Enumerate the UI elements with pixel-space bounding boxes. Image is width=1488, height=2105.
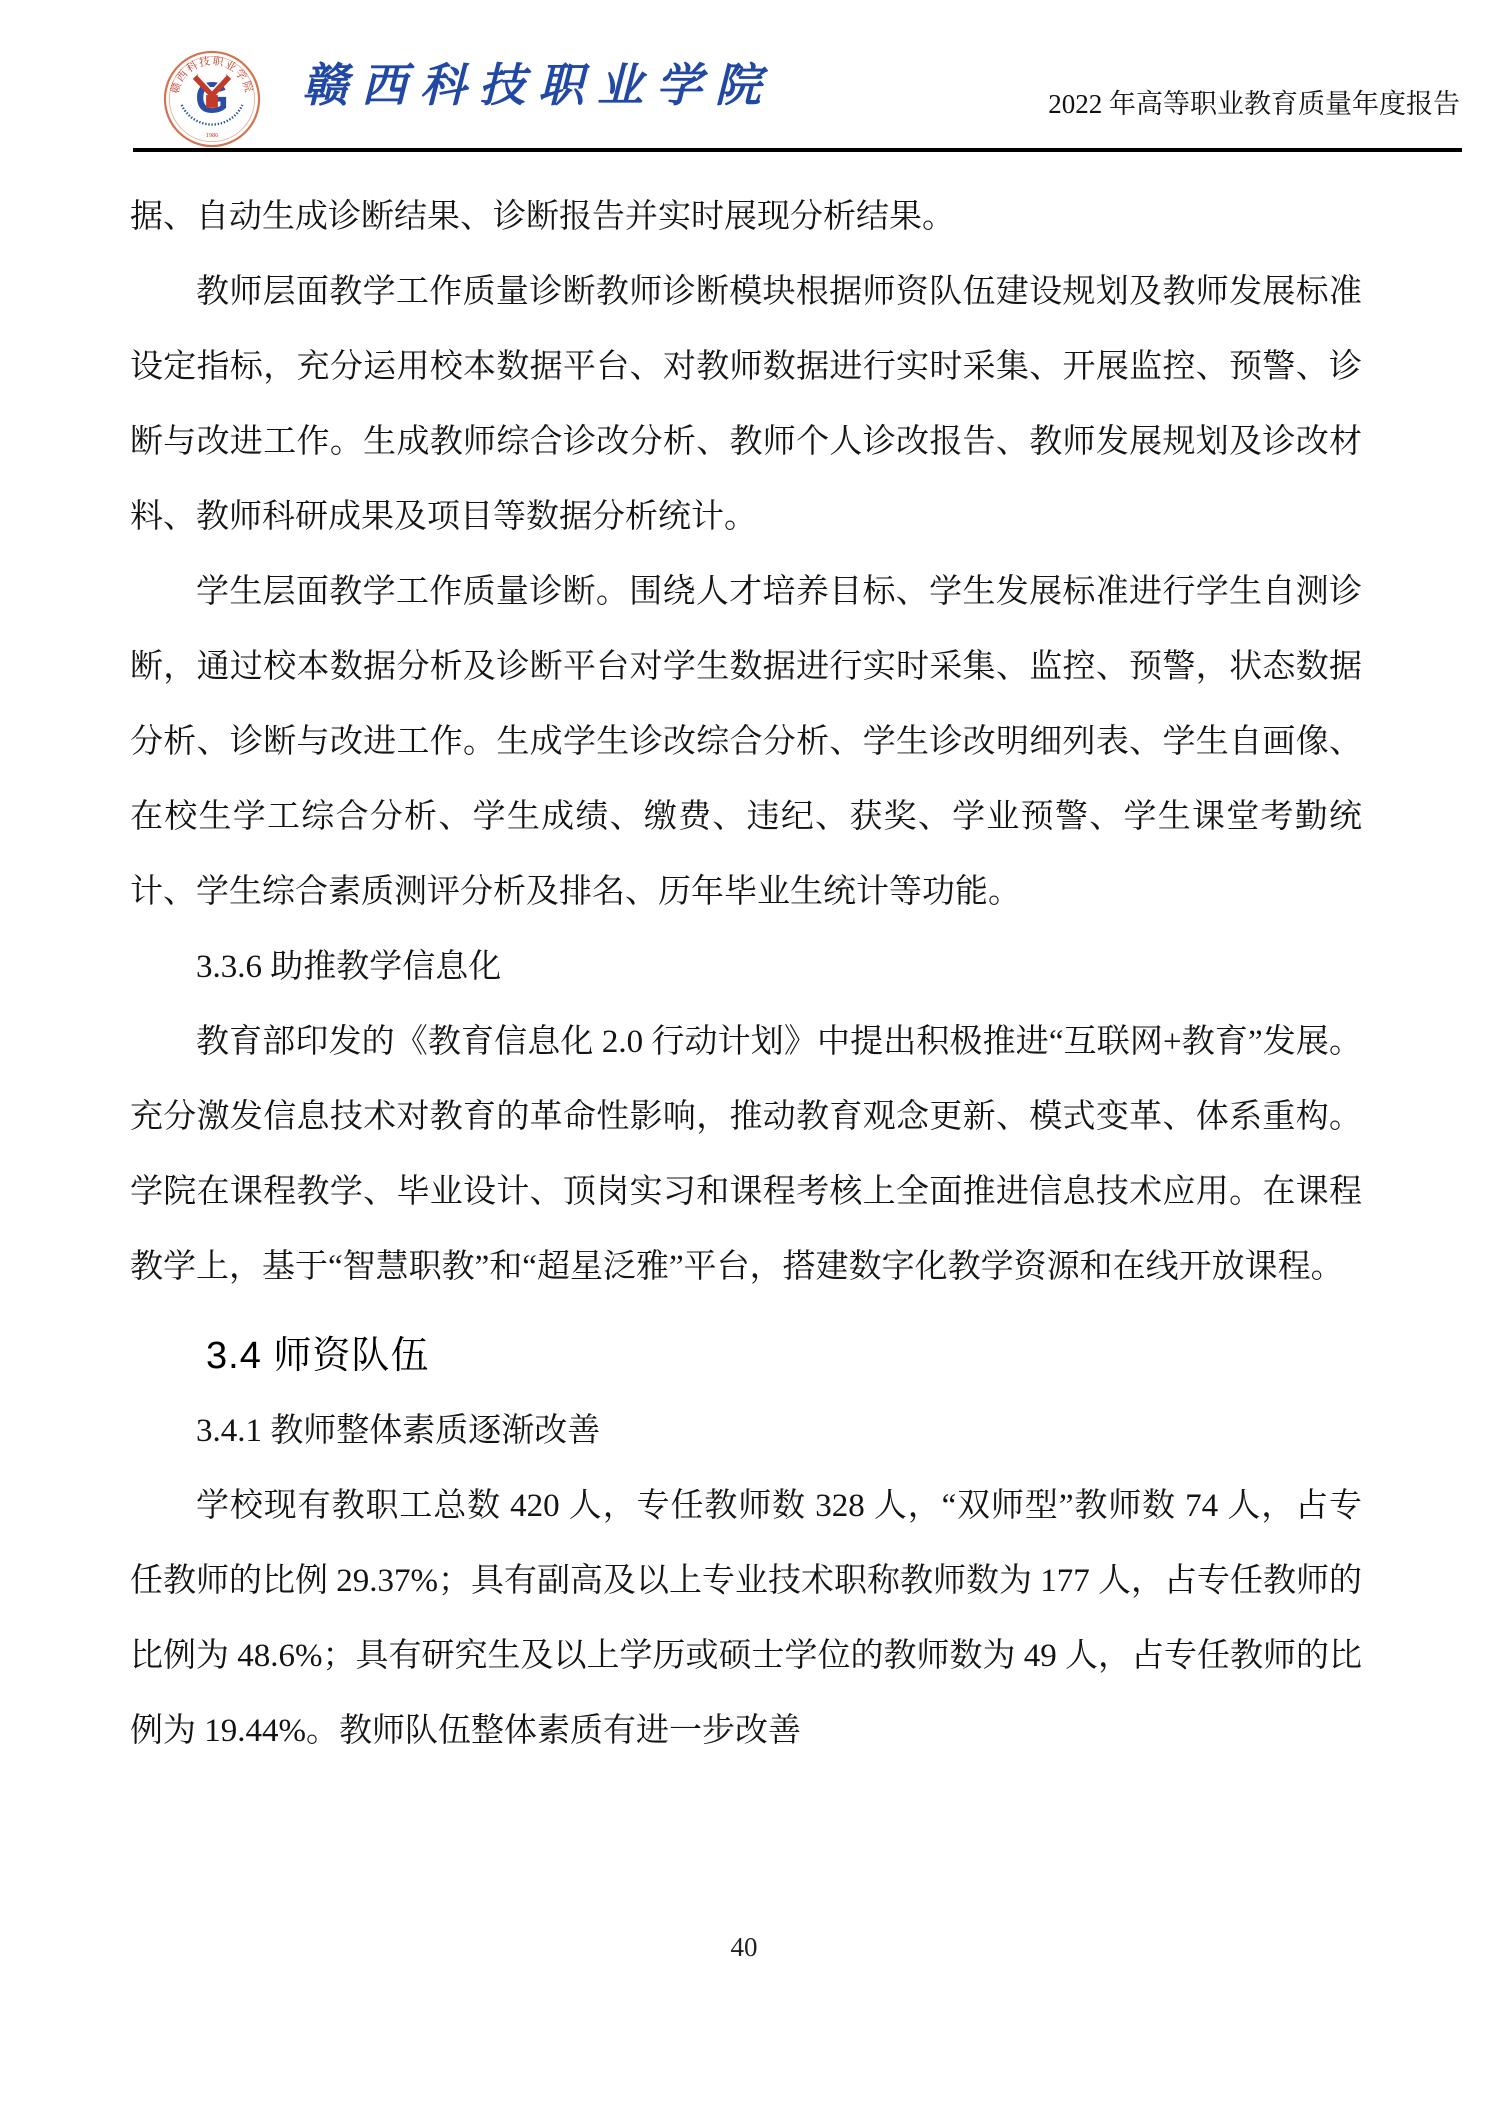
seal-center-block [206,95,218,108]
page-number: 40 [0,1932,1488,1963]
paragraph: 教育部印发的《教育信息化 2.0 行动计划》中提出积极推进“互联网+教育”发展。… [130,1005,1362,1305]
section-heading: 3.3.6 助推教学信息化 [130,930,1362,1005]
section-heading: 3.4 师资队伍 [130,1319,1362,1394]
paragraph: 据、自动生成诊断结果、诊断报告并实时展现分析结果。 [130,180,1362,255]
report-title: 2022 年高等职业教育质量年度报告 [1048,88,1460,120]
page-header: 赣西科技职业学院 G 1986 赣西科技职业学院 2022 年高等职业教育质量年… [0,0,1488,152]
paragraph: 学生层面教学工作质量诊断。围绕人才培养目标、学生发展标准进行学生自测诊断，通过校… [130,555,1362,930]
school-name: 赣西科技职业学院 [302,62,774,108]
document-body: 据、自动生成诊断结果、诊断报告并实时展现分析结果。教师层面教学工作质量诊断教师诊… [130,152,1362,1769]
section-heading: 3.4.1 教师整体素质逐渐改善 [130,1394,1362,1469]
paragraph: 教师层面教学工作质量诊断教师诊断模块根据师资队伍建设规划及教师发展标准设定指标，… [130,255,1362,555]
paragraph: 学校现有教职工总数 420 人，专任教师数 328 人，“双师型”教师数 74 … [130,1469,1362,1769]
school-logo: 赣西科技职业学院 G 1986 [163,50,261,148]
document-page: 赣西科技职业学院 G 1986 赣西科技职业学院 2022 年高等职业教育质量年… [0,0,1488,2105]
seal-year: 1986 [206,132,219,139]
